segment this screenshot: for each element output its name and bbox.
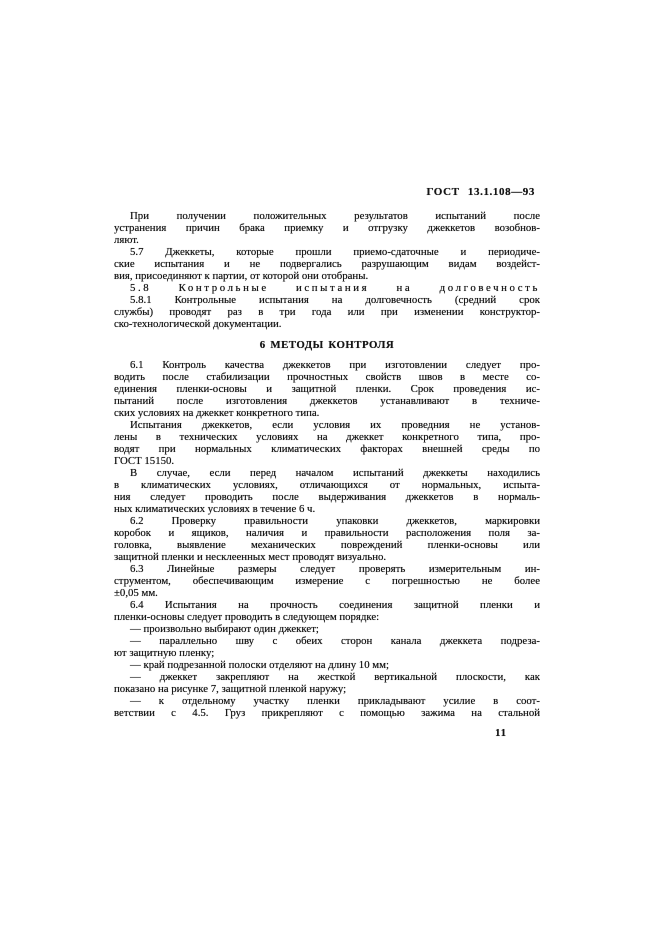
text-line: — параллельно шву с обеих сторон канала … <box>114 635 540 647</box>
text-line: ±0,05 мм. <box>114 587 540 599</box>
text-line: вия, присоединяют к партии, от которой о… <box>114 270 540 282</box>
text-line: защитной пленки и несклеенных мест прово… <box>114 551 540 563</box>
text-line: — произвольно выбирают один джеккет; <box>114 623 540 635</box>
text-line: — джеккет закрепляют на жесткой вертикал… <box>114 671 540 683</box>
text-line: ветствии с 4.5. Груз прикрепляют с помощ… <box>114 707 540 719</box>
text-line: 5.8.1 Контрольные испытания на долговечн… <box>114 294 540 306</box>
text-line: струментом, обеспечивающим измерение с п… <box>114 575 540 587</box>
text-line: ГОСТ 15150. <box>114 455 540 467</box>
text-line: ют защитную пленку; <box>114 647 540 659</box>
text-line: В случае, если перед началом испытаний д… <box>114 467 540 479</box>
text-line: 6.2 Проверку правильности упаковки джекк… <box>114 515 540 527</box>
section-heading: 6 МЕТОДЫ КОНТРОЛЯ <box>114 339 540 351</box>
text-line: ляют. <box>114 234 540 246</box>
spaced-heading-line: 5.8 Контрольные испытания на долговечнос… <box>114 282 540 294</box>
text-line: коробок и ящиков, наличия и правильности… <box>114 527 540 539</box>
text-line: единения пленки-основы и защитной пленки… <box>114 383 540 395</box>
text-line: ния следует проводить после выдерживания… <box>114 491 540 503</box>
text-line: ских условиях на джеккет конкретного тип… <box>114 407 540 419</box>
text-line: устранения причин брака приемку и отгруз… <box>114 222 540 234</box>
text-line: пытаний после изготовления джеккетов уст… <box>114 395 540 407</box>
text-line: — край подрезанной полоски отделяют на д… <box>114 659 540 671</box>
running-header: ГОСТ 13.1.108—93 <box>114 186 535 198</box>
text-line: Испытания джеккетов, если условия их про… <box>114 419 540 431</box>
text-line: показано на рисунке 7, защитной пленкой … <box>114 683 540 695</box>
text-line: в климатических условиях, отличающихся о… <box>114 479 540 491</box>
text-line: водить после стабилизации прочностных св… <box>114 371 540 383</box>
text-line: — к отдельному участку пленки прикладыва… <box>114 695 540 707</box>
text-line: водят при нормальных климатических факто… <box>114 443 540 455</box>
text-line: головка, выявление механических поврежде… <box>114 539 540 551</box>
text-line: ско-технологической документации. <box>114 318 540 330</box>
text-line: ские испытания и не подвергались разруша… <box>114 258 540 270</box>
text-line: 6.3 Линейные размеры следует проверять и… <box>114 563 540 575</box>
text-line: 6.1 Контроль качества джеккетов при изго… <box>114 359 540 371</box>
page-number: 11 <box>114 728 507 740</box>
text-line: ных климатических условиях в течение 6 ч… <box>114 503 540 515</box>
text-line: 6.4 Испытания на прочность соединения за… <box>114 599 540 611</box>
document-page: ГОСТ 13.1.108—93 При получении положител… <box>0 0 661 936</box>
text-line: лены в технических условиях на джеккет к… <box>114 431 540 443</box>
text-block: При получении положительных результатов … <box>114 210 540 719</box>
text-line: службы) проводят раз в три года или при … <box>114 306 540 318</box>
text-line: При получении положительных результатов … <box>114 210 540 222</box>
text-line: 5.7 Джеккеты, которые прошли приемо-сдат… <box>114 246 540 258</box>
text-line: пленки-основы следует проводить в следую… <box>114 611 540 623</box>
